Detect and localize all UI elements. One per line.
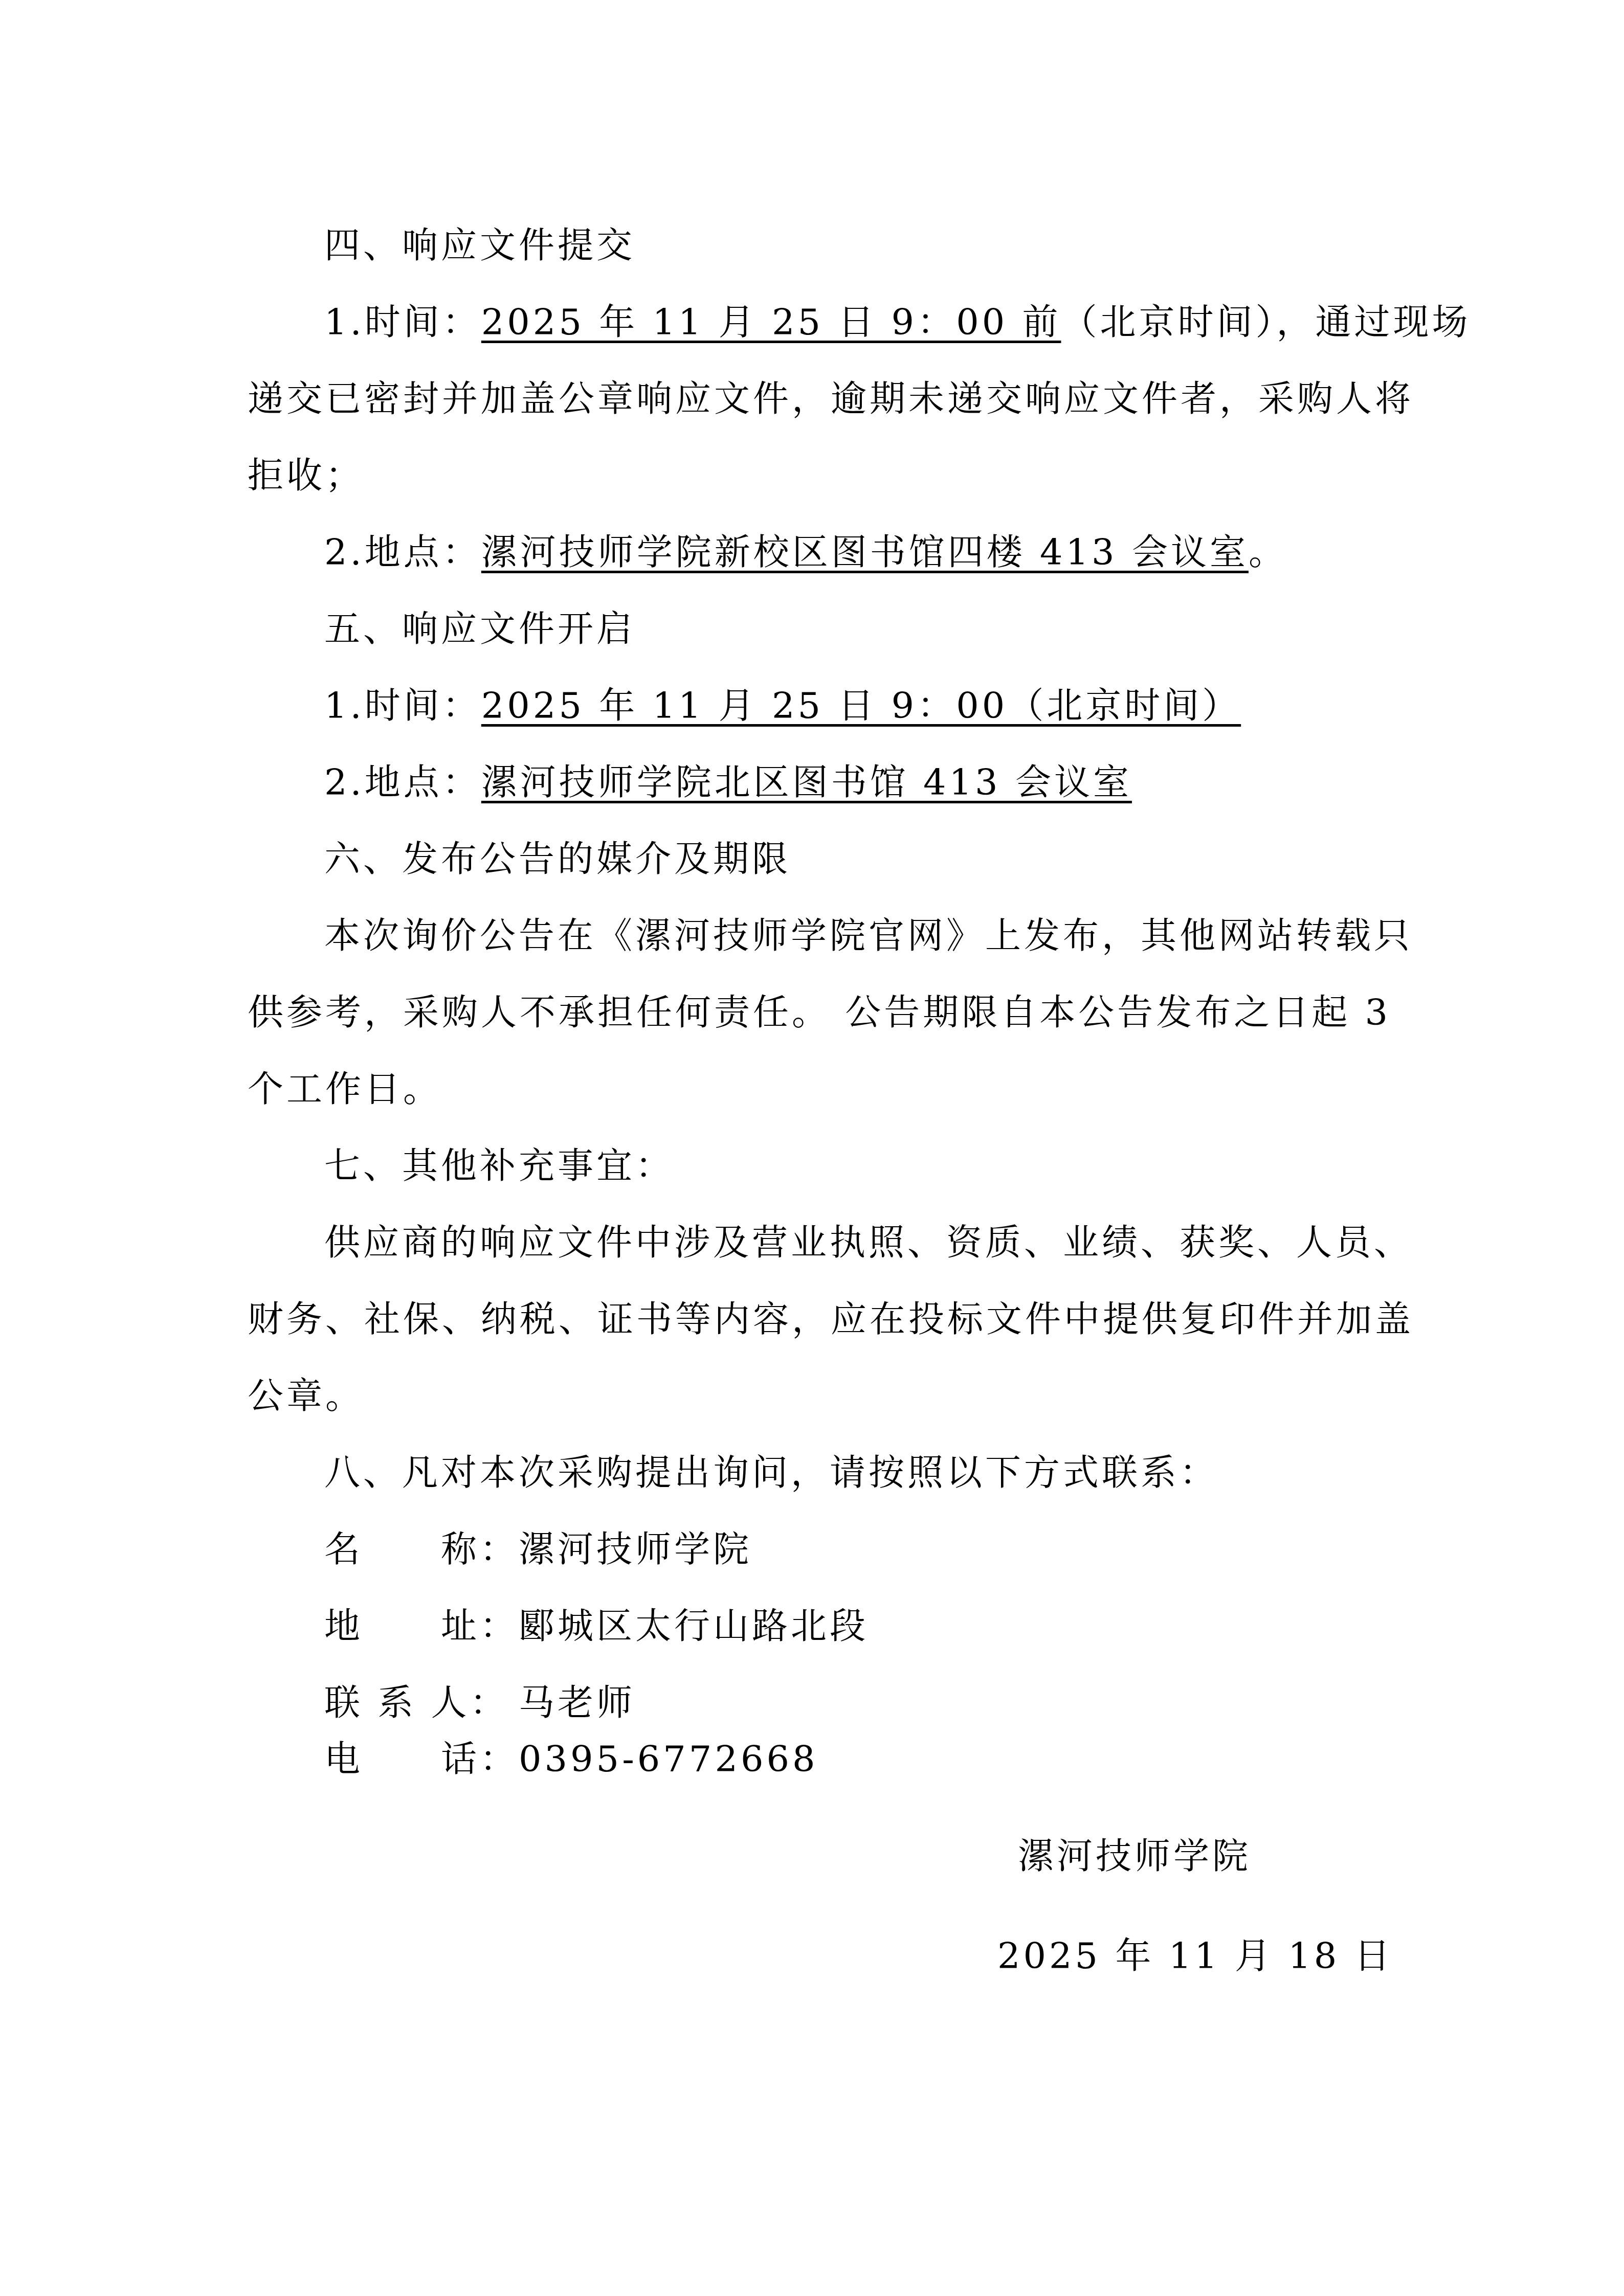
contact-name-value: 漯河技师学院: [519, 1528, 752, 1570]
time-rest: （北京时间），通过现场: [1061, 301, 1471, 343]
contact-name-label: 名 称：: [324, 1532, 519, 1567]
section-6-heading: 六、发布公告的媒介及期限: [324, 841, 791, 877]
contact-name-row: 名 称：漯河技师学院: [324, 1532, 752, 1567]
section-6-line-1: 本次询价公告在《漯河技师学院官网》上发布，其他网站转载只: [324, 918, 1413, 954]
signature-date: 2025 年 11 月 18 日: [997, 1938, 1393, 1974]
section-7-line-1: 供应商的响应文件中涉及营业执照、资质、业绩、获奖、人员、: [324, 1225, 1413, 1260]
section-4-time-line-3: 拒收；: [248, 458, 364, 493]
contact-phone-label: 电 话：: [324, 1741, 519, 1777]
contact-address-row: 地 址：郾城区太行山路北段: [324, 1608, 869, 1644]
section-5-heading: 五、响应文件开启: [324, 611, 635, 647]
section-4-place-line: 2.地点：漯河技师学院新校区图书馆四楼 413 会议室。: [324, 534, 1287, 570]
contact-person-row: 联 系 人：马老师: [324, 1685, 635, 1721]
time-label: 1.时间：: [324, 301, 481, 343]
section-4-time-line-2: 递交已密封并加盖公章响应文件，逾期未递交响应文件者，采购人将: [248, 381, 1414, 417]
contact-person-value: 马老师: [519, 1682, 635, 1724]
opening-time: 2025 年 11 月 25 日 9：00（北京时间）: [481, 685, 1241, 727]
section-6-line-2: 供参考，采购人不承担任何责任。 公告期限自本公告发布之日起 3: [248, 995, 1391, 1030]
section-7-heading: 七、其他补充事宜：: [324, 1148, 674, 1184]
section-8-heading: 八、凡对本次采购提出询问，请按照以下方式联系：: [324, 1455, 1218, 1491]
contact-phone-row: 电 话：0395-6772668: [324, 1741, 818, 1777]
section-4-time-line: 1.时间：2025 年 11 月 25 日 9：00 前（北京时间），通过现场: [324, 304, 1471, 340]
contact-phone-value: 0395-6772668: [519, 1738, 818, 1780]
section-4-heading: 四、响应文件提交: [324, 228, 635, 263]
period: 。: [1249, 531, 1287, 573]
section-6-line-3: 个工作日。: [248, 1071, 442, 1107]
time-label: 1.时间：: [324, 685, 481, 727]
submission-deadline: 2025 年 11 月 25 日 9：00 前: [481, 301, 1061, 343]
contact-person-label: 联 系 人：: [324, 1685, 519, 1721]
place-label: 2.地点：: [324, 531, 481, 573]
section-7-line-3: 公章。: [248, 1378, 364, 1414]
submission-location: 漯河技师学院新校区图书馆四楼 413 会议室: [481, 531, 1249, 573]
section-5-place-line: 2.地点：漯河技师学院北区图书馆 413 会议室: [324, 764, 1132, 800]
contact-address-label: 地 址：: [324, 1608, 519, 1644]
signature-org: 漯河技师学院: [1018, 1838, 1251, 1874]
contact-address-value: 郾城区太行山路北段: [519, 1605, 869, 1647]
section-5-time-line: 1.时间：2025 年 11 月 25 日 9：00（北京时间）: [324, 688, 1241, 724]
opening-location: 漯河技师学院北区图书馆 413 会议室: [481, 761, 1132, 803]
section-7-line-2: 财务、社保、纳税、证书等内容，应在投标文件中提供复印件并加盖: [248, 1301, 1414, 1337]
place-label: 2.地点：: [324, 761, 481, 803]
